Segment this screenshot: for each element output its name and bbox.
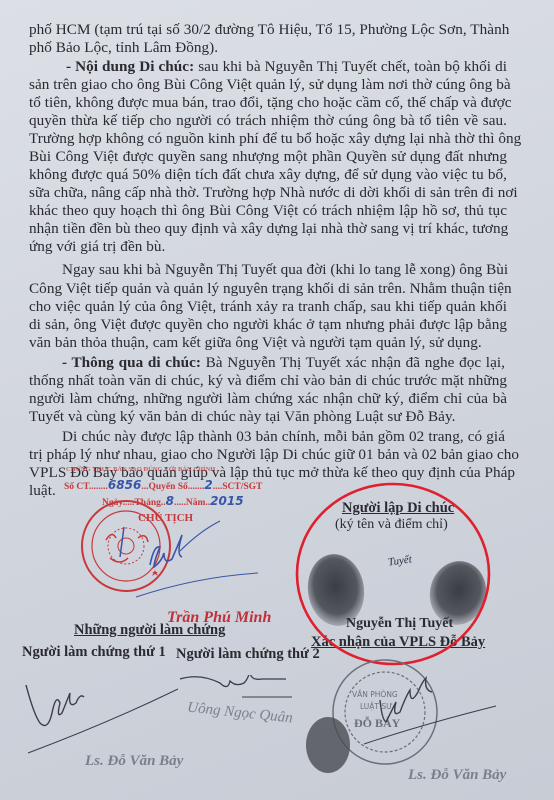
text-line: phố Bảo Lộc, tỉnh Lâm Đồng). [29, 39, 507, 57]
text-line: phố HCM (tạm trú tại số 30/2 đường Tô Hi… [29, 21, 507, 39]
text-line: di sản, ông Việt được quyền cho người kh… [29, 316, 507, 334]
text-line: Tuyết và cùng ký văn bản di chúc này tại… [29, 408, 507, 426]
text-line: Ngay sau khi bà Nguyễn Thị Tuyết qua đời… [62, 261, 505, 279]
so-ct-value: 6856 [108, 478, 141, 492]
text-line: quyền thừa kế tiếp cho người có trách nh… [29, 112, 507, 130]
witness-1-lawyer-name: Ls. Đỗ Văn Bảy [85, 753, 183, 770]
law-office-lawyer-name: Ls. Đỗ Văn Bảy [408, 767, 506, 784]
text-line: Bùi Công Việt được quyền sang nhượng một… [29, 148, 507, 166]
section-noi-dung: - Nội dung Di chúc: sau khi bà Nguyễn Th… [66, 58, 507, 76]
text-line: không được quá 50% diện tích đất chưa xâ… [29, 166, 507, 184]
witness-2-label: Người làm chứng thứ 2 [176, 646, 320, 663]
quyen-so-value: 2 [204, 478, 212, 492]
text-fragment: Bà Nguyễn Thị Tuyết xác nhận đã nghe đọc… [206, 354, 505, 371]
text-line: khác theo quy hoạch thì ông Bùi Công Việ… [29, 202, 507, 220]
will-document-page: phố HCM (tạm trú tại số 30/2 đường Tô Hi… [0, 0, 554, 800]
text-line: sản trên giao cho ông Bùi Công Việt quản… [29, 76, 507, 94]
quyen-so-label: Quyển Số [148, 482, 187, 492]
suffix: SCT/SGT [222, 482, 262, 492]
section-thong-qua: - Thông qua di chúc: Bà Nguyễn Thị Tuyết… [62, 354, 505, 372]
text-line: Di chúc này được lập thành 03 bản chính,… [62, 428, 505, 446]
text-line: văn bản thỏa thuận, cam kết giữa ông Việ… [29, 334, 507, 352]
text-line: nhận tiền đền bù theo quy định và xây dự… [29, 220, 507, 238]
chairman-signature-icon [110, 515, 260, 615]
witnesses-heading: Những người làm chứng [74, 622, 225, 639]
nam-label: Năm [186, 498, 206, 508]
text-line: sữa chữa, nâng cấp nhà thờ. Trường hợp N… [29, 184, 507, 202]
section-label: - Thông qua di chúc: [62, 354, 201, 371]
section-label: - Nội dung Di chúc: [66, 58, 194, 75]
so-ct-label: Số CT [64, 482, 89, 492]
text-line: cho việc quản lý của ông Việt, tránh xảy… [29, 298, 507, 316]
text-line: trị pháp lý như nhau, giao cho Người lập… [29, 446, 507, 464]
text-line: ứng với giá trị đền bù. [29, 238, 507, 256]
nam-value: 2015 [210, 494, 243, 508]
witness-1-label: Người làm chứng thứ 1 [22, 644, 166, 661]
text-fragment: sau khi bà Nguyễn Thị Tuyết chết, toàn b… [198, 58, 507, 75]
certification-header: CHỨNG THỰC BẢN SAO ĐÚNG VỚI BẢN CHÍNH [66, 466, 215, 473]
certification-number-row: Số CT........6856...Quyển Số.......2....… [64, 478, 262, 492]
text-line: thống nhất toàn văn di chúc, ký và điểm … [29, 372, 507, 390]
text-line: người làm chứng, những người làm chứng x… [29, 390, 507, 408]
red-circle-annotation-icon [290, 478, 500, 670]
text-line: Trường hợp không có nguồn kinh phí để tu… [29, 130, 507, 148]
text-line: Công Việt tiếp quản và quản lý nguyên tr… [29, 280, 507, 298]
text-line: tổ tiên, không được mua bán, trao đổi, t… [29, 94, 507, 112]
lawyer-signature-icon [360, 670, 500, 750]
